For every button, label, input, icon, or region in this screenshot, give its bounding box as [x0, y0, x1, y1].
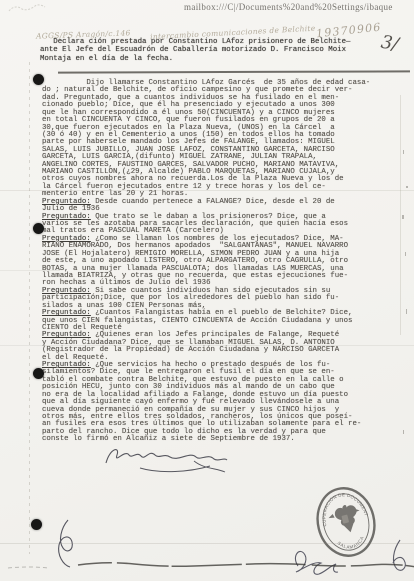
- qa-paragraph: Preguntado: Desde cuando pertenece a FAL…: [42, 199, 404, 214]
- qa-paragraph: Preguntado: Si sabe cuantos individuos h…: [42, 288, 404, 310]
- heading-underline-rule: [58, 70, 410, 73]
- punch-hole-dot: [31, 519, 42, 530]
- signature: [98, 441, 230, 477]
- statement-text: ¿Que servicios ha hecho o prestado despu…: [42, 361, 361, 443]
- corner-scribble: [6, 2, 48, 18]
- paper-speck: [406, 309, 407, 314]
- statement-text: Dijo llamarse Constantino LAfoz Garcés d…: [42, 79, 370, 198]
- punch-hole-dot: [33, 74, 44, 85]
- qa-paragraph: Preguntado: ¿Cuantos Falangistas había e…: [42, 310, 404, 332]
- paper-crease-line: [0, 190, 414, 191]
- qa-paragraph: Preguntado: ¿Como se llaman los nombres …: [42, 236, 404, 288]
- scan-edge-artifact-line: [0, 556, 414, 574]
- stamp-ring-top-text: RECUPERACIÓN DE DOCUMENTOS: [292, 469, 370, 532]
- mailbox-path-header: mailbox:///C|/Documents%20and%20Settings…: [184, 2, 393, 12]
- paper-speck: [402, 215, 404, 219]
- scanned-document-page: mailbox:///C|/Documents%20and%20Settings…: [0, 0, 414, 581]
- qa-paragraph: Preguntado: ¿Quienes eran los Jefes prin…: [42, 332, 404, 362]
- paper-crease-line: [0, 543, 414, 544]
- declaration-heading: Declara ción prestada por Constantino LA…: [40, 38, 350, 63]
- qa-paragraph: Preguntado: Que trato se le daban a los …: [42, 214, 404, 236]
- declaration-body: Dijo llamarse Constantino LAfoz Garcés d…: [42, 80, 404, 444]
- statement-text: ¿Como se llaman los nombres de los ejecu…: [42, 235, 348, 288]
- statement-paragraph: Dijo llamarse Constantino LAfoz Garcés d…: [42, 80, 404, 199]
- paper-speck: [406, 186, 408, 188]
- eagle-emblem-icon: [326, 502, 364, 537]
- left-margin-fold-line: [29, 62, 30, 554]
- right-margin-fold-line: [400, 95, 401, 335]
- paper-crease-line: [0, 345, 414, 346]
- paper-speck: [403, 430, 404, 434]
- punch-hole-dot: [33, 223, 44, 234]
- svg-text:RECUPERACIÓN DE DOCUMENTOS: RECUPERACIÓN DE DOCUMENTOS: [292, 469, 370, 532]
- paper-speck: [405, 252, 406, 256]
- qa-paragraph: Preguntado: ¿Que servicios ha hecho o pr…: [42, 362, 404, 444]
- paper-speck: [403, 150, 404, 154]
- punch-hole-dot: [33, 368, 44, 379]
- paper-crease-line: [0, 270, 60, 271]
- handwritten-page-mark: 3/: [379, 32, 400, 55]
